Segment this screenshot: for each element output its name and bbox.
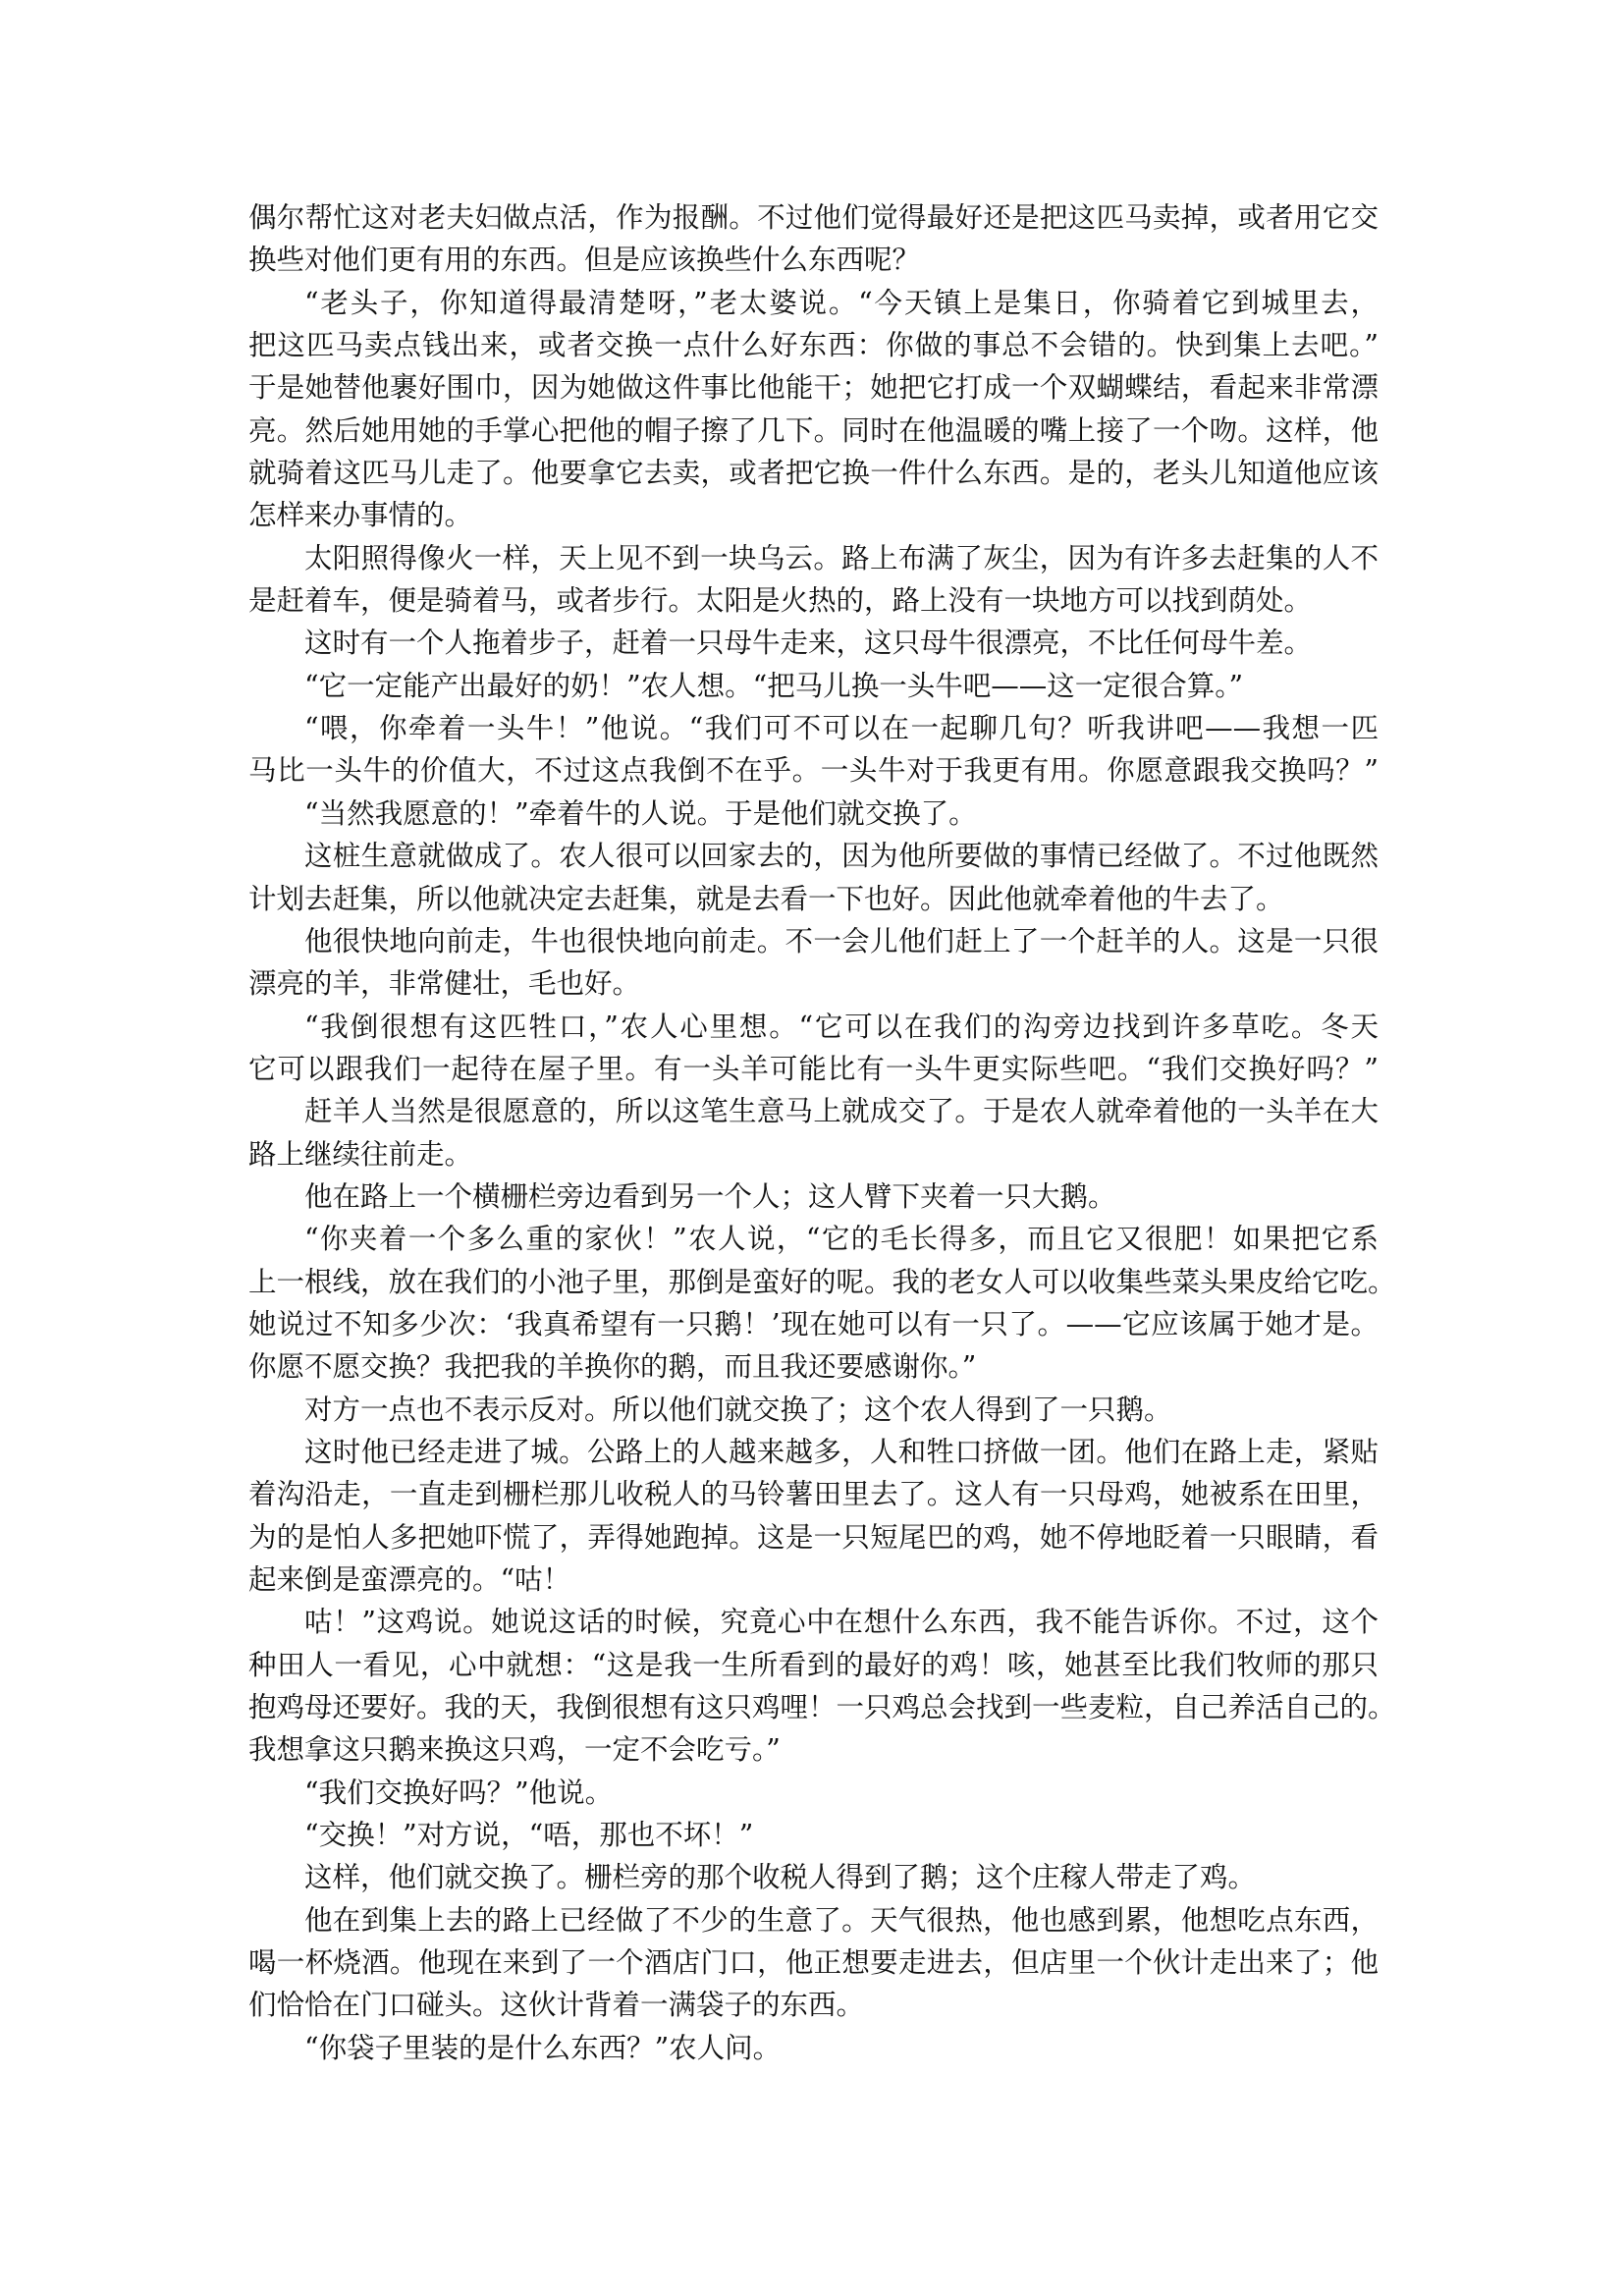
text-line: 喝一杯烧酒。他现在来到了一个酒店门口，他正想要走进去，但店里一个伙计走出来了；他 (248, 1941, 1379, 1984)
paragraph-first-line: “你袋子里装的是什么东西？”农人问。 (248, 2027, 1379, 2069)
text-line: 们恰恰在门口碰头。这伙计背着一满袋子的东西。 (248, 1984, 1379, 2026)
paragraph-first-line: 对方一点也不表示反对。所以他们就交换了；这个农人得到了一只鹅。 (248, 1389, 1379, 1431)
paragraph-first-line: 他很快地向前走，牛也很快地向前走。不一会儿他们赶上了一个赶羊的人。这是一只很 (248, 920, 1379, 962)
text-line: 路上继续往前走。 (248, 1133, 1379, 1175)
text-line: 偶尔帮忙这对老夫妇做点活，作为报酬。不过他们觉得最好还是把这匹马卖掉，或者用它交 (248, 196, 1379, 239)
text-line: 计划去赶集，所以他就决定去赶集，就是去看一下也好。因此他就牵着他的牛去了。 (248, 878, 1379, 920)
paragraph-first-line: “老头子，你知道得最清楚呀，”老太婆说。“今天镇上是集日，你骑着它到城里去， (248, 282, 1379, 324)
text-line: 为的是怕人多把她吓慌了，弄得她跑掉。这是一只短尾巴的鸡，她不停地眨着一只眼睛，看 (248, 1516, 1379, 1558)
paragraph-first-line: “它一定能产出最好的奶！”农人想。“把马儿换一头牛吧——这一定很合算。” (248, 665, 1379, 707)
text-line: 漂亮的羊，非常健壮，毛也好。 (248, 962, 1379, 1005)
paragraph-first-line: 咕！”这鸡说。她说这话的时候，究竟心中在想什么东西，我不能告诉你。不过，这个 (248, 1601, 1379, 1643)
paragraph-first-line: 这样，他们就交换了。栅栏旁的那个收税人得到了鹅；这个庄稼人带走了鸡。 (248, 1856, 1379, 1898)
paragraph-first-line: 他在到集上去的路上已经做了不少的生意了。天气很热，他也感到累，他想吃点东西， (248, 1899, 1379, 1941)
text-line: 换些对他们更有用的东西。但是应该换些什么东西呢？ (248, 239, 1379, 281)
text-line: 她说过不知多少次：‘我真希望有一只鹅！’现在她可以有一只了。——它应该属于她才是… (248, 1303, 1379, 1345)
text-line: 把这匹马卖点钱出来，或者交换一点什么好东西：你做的事总不会错的。快到集上去吧。” (248, 324, 1379, 366)
paragraph-first-line: “当然我愿意的！”牵着牛的人说。于是他们就交换了。 (248, 793, 1379, 835)
paragraph-first-line: 赶羊人当然是很愿意的，所以这笔生意马上就成交了。于是农人就牵着他的一头羊在大 (248, 1090, 1379, 1132)
paragraph-first-line: “喂，你牵着一头牛！”他说。“我们可不可以在一起聊几句？听我讲吧——我想一匹 (248, 707, 1379, 749)
paragraph-first-line: 这时有一个人拖着步子，赶着一只母牛走来，这只母牛很漂亮，不比任何母牛差。 (248, 622, 1379, 664)
text-line: 我想拿这只鹅来换这只鸡，一定不会吃亏。” (248, 1728, 1379, 1771)
paragraph-first-line: “我们交换好吗？”他说。 (248, 1772, 1379, 1814)
paragraph-first-line: 太阳照得像火一样，天上见不到一块乌云。路上布满了灰尘，因为有许多去赶集的人不 (248, 537, 1379, 579)
text-line: 是赶着车，便是骑着马，或者步行。太阳是火热的，路上没有一块地方可以找到荫处。 (248, 579, 1379, 622)
paragraph-first-line: “你夹着一个多么重的家伙！”农人说，“它的毛长得多，而且它又很肥！如果把它系 (248, 1218, 1379, 1260)
text-line: 上一根线，放在我们的小池子里，那倒是蛮好的呢。我的老女人可以收集些菜头果皮给它吃… (248, 1261, 1379, 1303)
document-page: 偶尔帮忙这对老夫妇做点活，作为报酬。不过他们觉得最好还是把这匹马卖掉，或者用它交… (248, 196, 1379, 2069)
paragraph-first-line: “我倒很想有这匹牲口，”农人心里想。“它可以在我们的沟旁边找到许多草吃。冬天 (248, 1006, 1379, 1048)
text-line: 你愿不愿交换？我把我的羊换你的鹅，而且我还要感谢你。” (248, 1345, 1379, 1388)
text-line: 抱鸡母还要好。我的天，我倒很想有这只鸡哩！一只鸡总会找到一些麦粒，自己养活自己的… (248, 1686, 1379, 1728)
text-line: 怎样来办事情的。 (248, 494, 1379, 536)
paragraph-first-line: 这桩生意就做成了。农人很可以回家去的，因为他所要做的事情已经做了。不过他既然 (248, 835, 1379, 877)
text-line: 它可以跟我们一起待在屋子里。有一头羊可能比有一头牛更实际些吧。“我们交换好吗？” (248, 1048, 1379, 1090)
text-line: 就骑着这匹马儿走了。他要拿它去卖，或者把它换一件什么东西。是的，老头儿知道他应该 (248, 452, 1379, 494)
text-line: 种田人一看见，心中就想：“这是我一生所看到的最好的鸡！咳，她甚至比我们牧师的那只 (248, 1644, 1379, 1686)
text-line: 马比一头牛的价值大，不过这点我倒不在乎。一头牛对于我更有用。你愿意跟我交换吗？” (248, 749, 1379, 792)
text-line: 于是她替他裹好围巾，因为她做这件事比他能干；她把它打成一个双蝴蝶结，看起来非常漂 (248, 366, 1379, 409)
paragraph-first-line: 这时他已经走进了城。公路上的人越来越多，人和牲口挤做一团。他们在路上走，紧贴 (248, 1431, 1379, 1473)
text-line: 亮。然后她用她的手掌心把他的帽子擦了几下。同时在他温暖的嘴上接了一个吻。这样，他 (248, 410, 1379, 452)
text-line: 着沟沿走，一直走到栅栏那儿收税人的马铃薯田里去了。这人有一只母鸡，她被系在田里， (248, 1473, 1379, 1515)
paragraph-first-line: “交换！”对方说，“唔，那也不坏！” (248, 1814, 1379, 1856)
paragraph-first-line: 他在路上一个横栅栏旁边看到另一个人；这人臂下夹着一只大鹅。 (248, 1175, 1379, 1218)
text-line: 起来倒是蛮漂亮的。“咕！ (248, 1558, 1379, 1601)
